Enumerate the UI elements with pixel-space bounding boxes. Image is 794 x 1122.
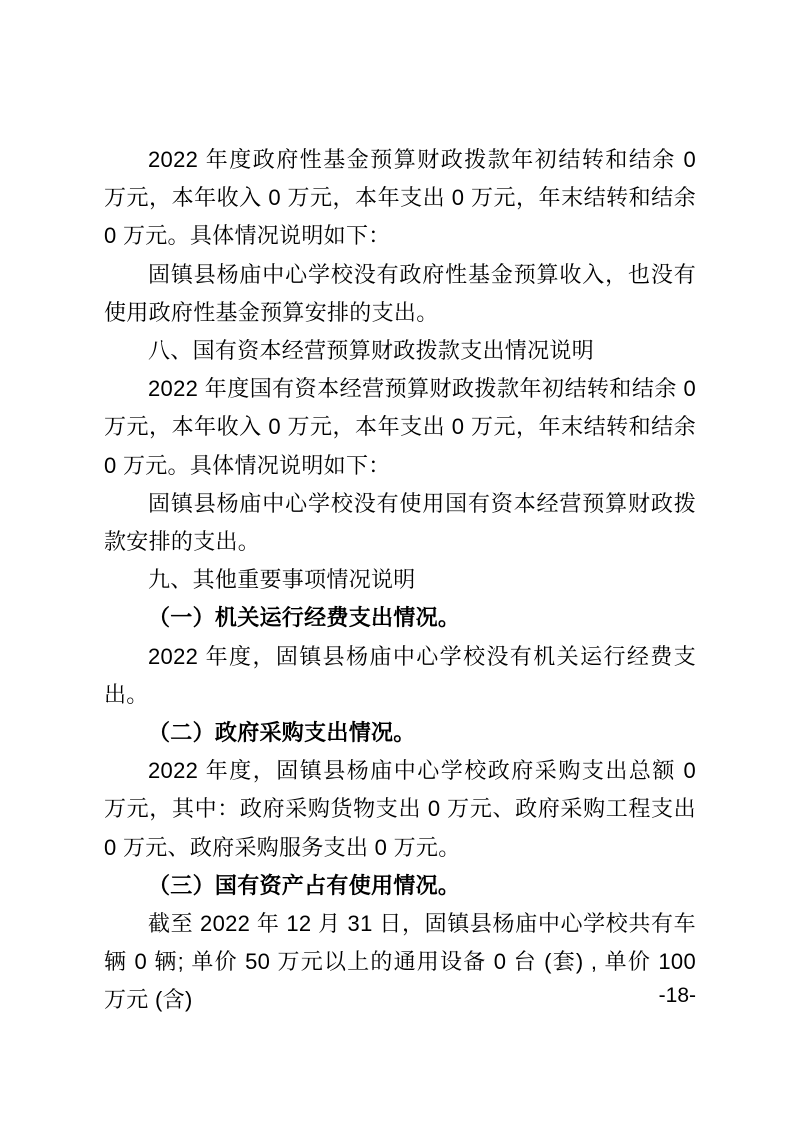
para-stateowned-detail: 固镇县杨庙中心学校没有使用国有资本经营预算财政拨款安排的支出。 [104,485,696,561]
heading-item-2-government-procurement: （二）政府采购支出情况。 [104,714,696,752]
para-govfund-summary: 2022 年度政府性基金预算财政拨款年初结转和结余 0 万元，本年收入 0 万元… [104,141,696,256]
heading-section-8: 八、国有资本经营预算财政拨款支出情况说明 [104,332,696,370]
para-stateowned-summary: 2022 年度国有资本经营预算财政拨款年初结转和结余 0 万元，本年收入 0 万… [104,370,696,485]
para-govfund-detail: 固镇县杨庙中心学校没有政府性基金预算收入，也没有使用政府性基金预算安排的支出。 [104,256,696,332]
document-page: 2022 年度政府性基金预算财政拨款年初结转和结余 0 万元，本年收入 0 万元… [0,0,794,1122]
para-item-3-state-assets: 截至 2022 年 12 月 31 日，固镇县杨庙中心学校共有车辆 0 辆; 单… [104,905,696,1020]
page-number: -18- [659,982,696,1010]
document-body: 2022 年度政府性基金预算财政拨款年初结转和结余 0 万元，本年收入 0 万元… [104,141,696,1020]
para-item-2-government-procurement: 2022 年度，固镇县杨庙中心学校政府采购支出总额 0 万元，其中：政府采购货物… [104,752,696,867]
heading-section-9: 九、其他重要事项情况说明 [104,561,696,599]
para-item-1-agency-operating-cost: 2022 年度，固镇县杨庙中心学校没有机关运行经费支出。 [104,638,696,714]
heading-item-1-agency-operating-cost: （一）机关运行经费支出情况。 [104,599,696,637]
heading-item-3-state-assets: （三）国有资产占有使用情况。 [104,867,696,905]
